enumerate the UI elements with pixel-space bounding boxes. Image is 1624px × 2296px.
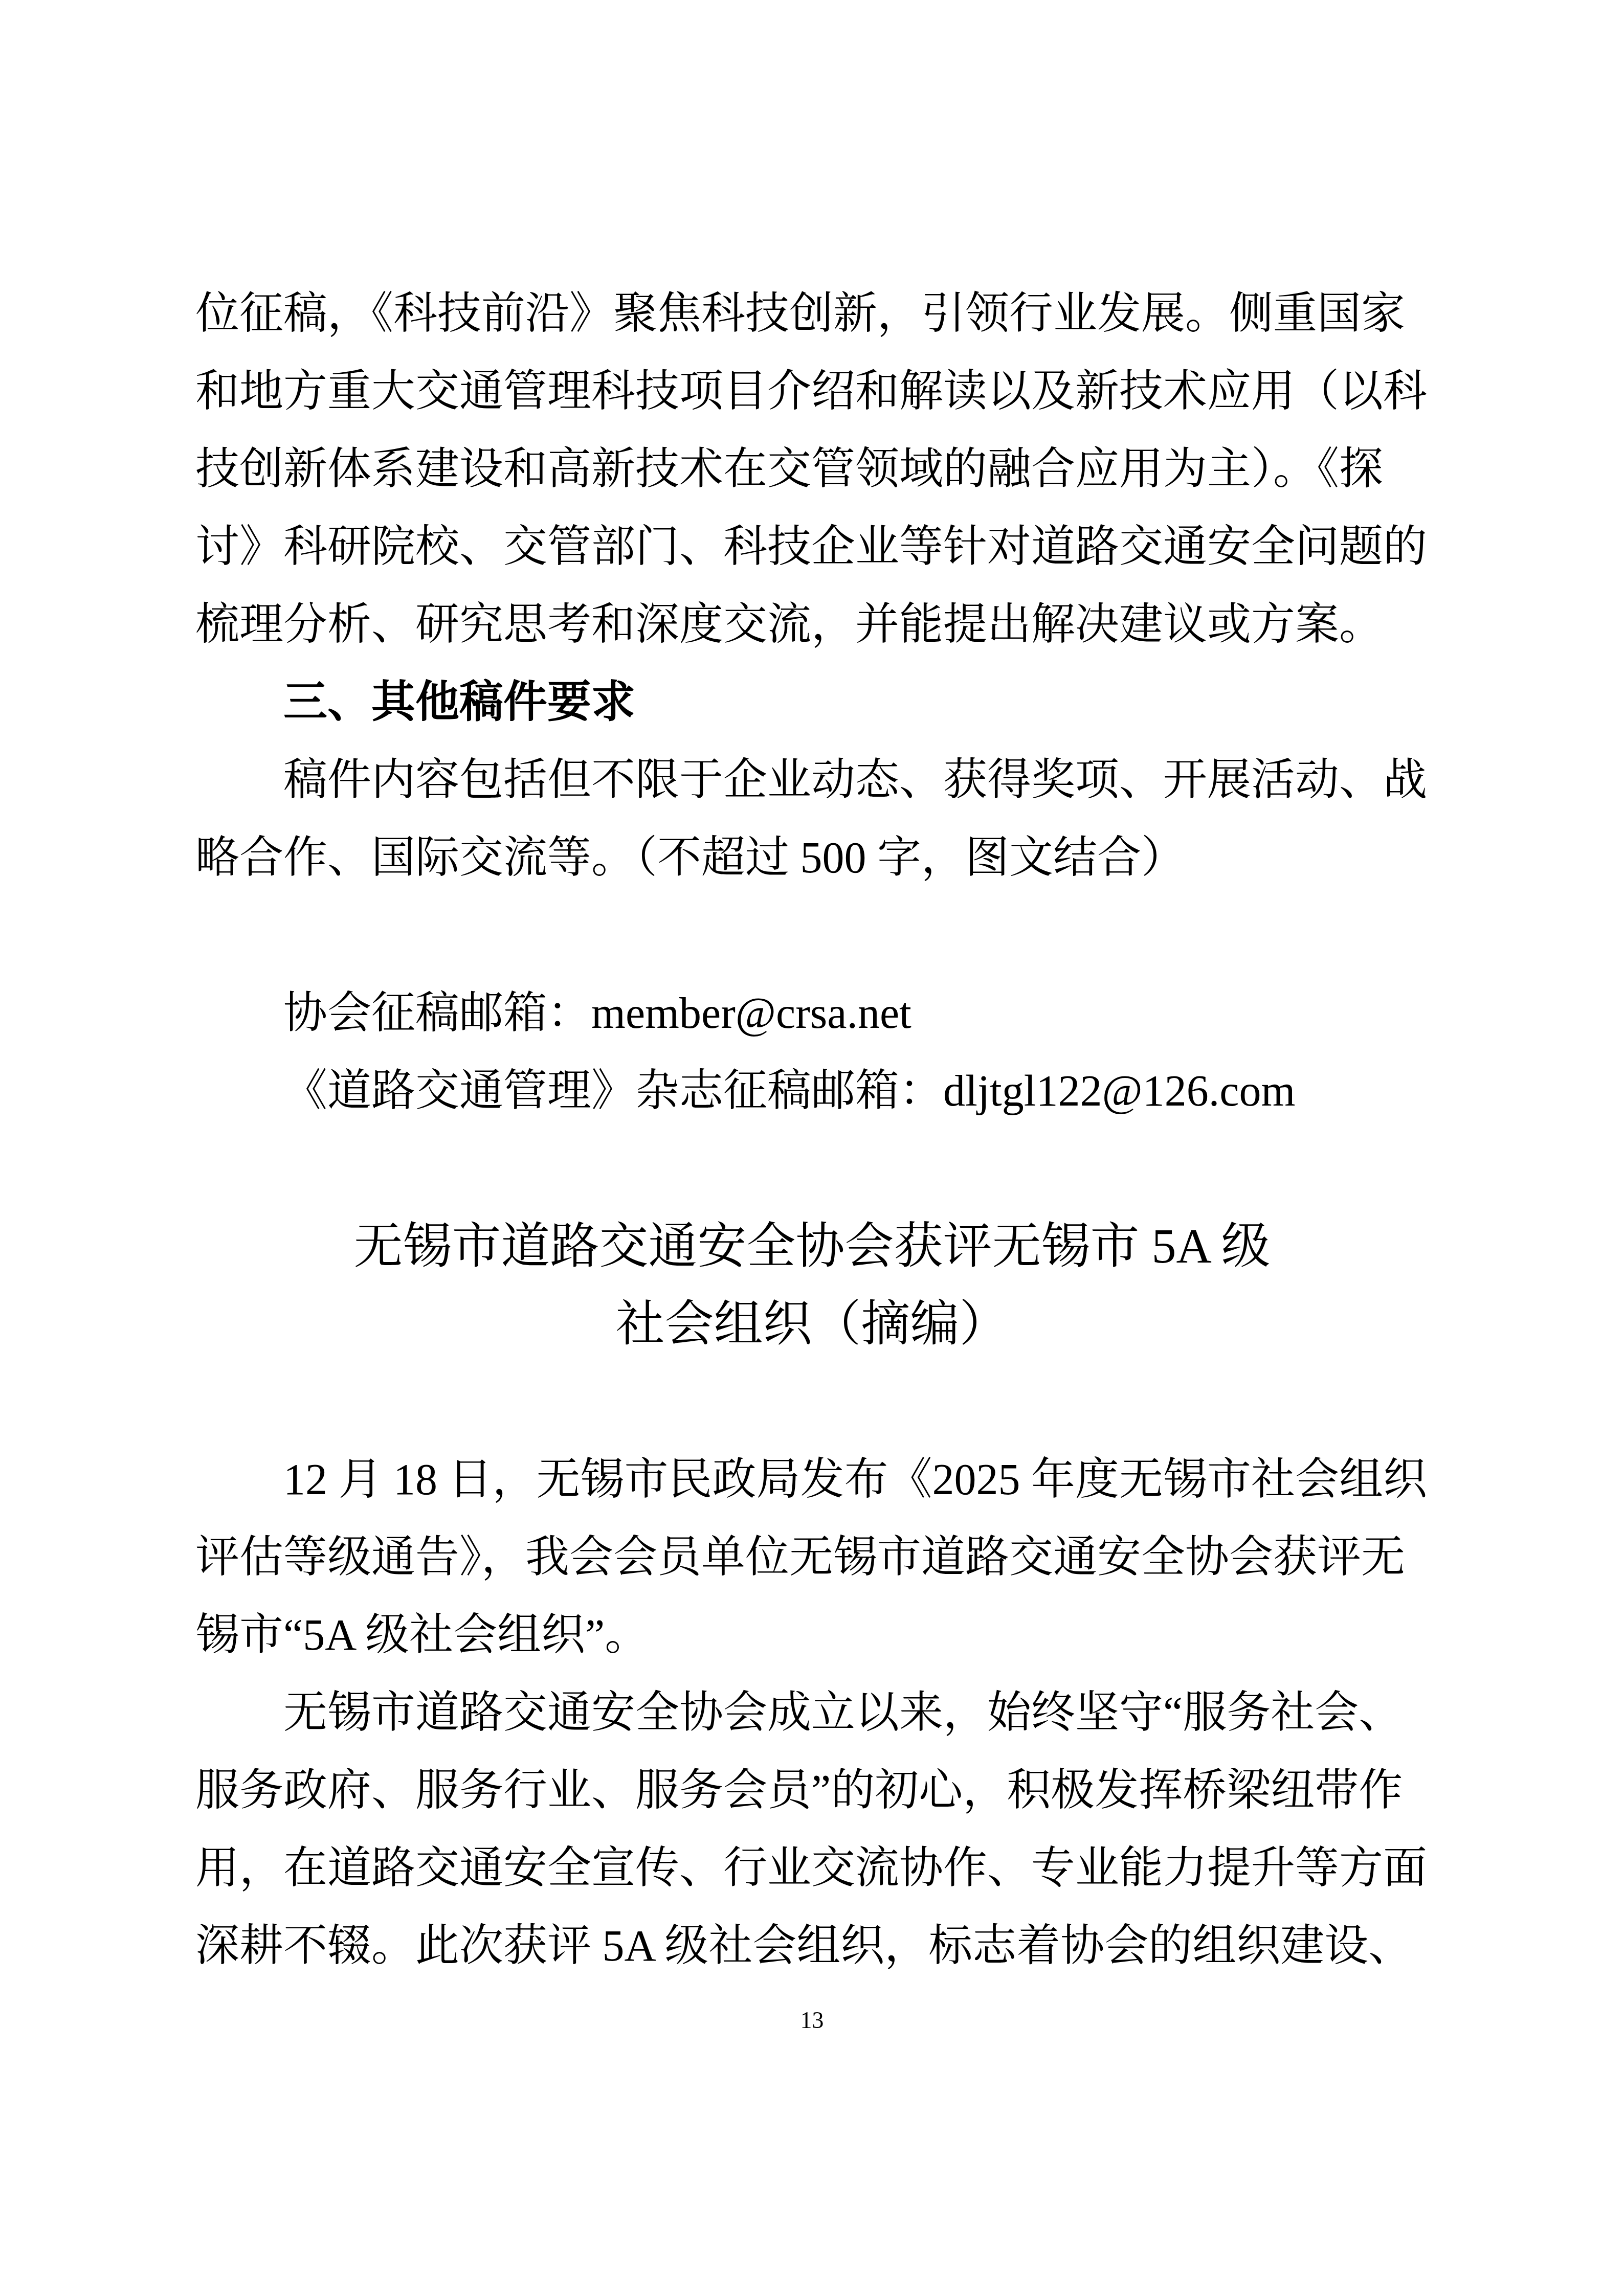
- paragraph-line: 锡市“5A 级社会组织”。: [195, 1596, 1429, 1674]
- blank-line: [195, 1363, 1429, 1440]
- email-line: 《道路交通管理》杂志征稿邮箱：dljtgl122@126.com: [195, 1052, 1429, 1130]
- blank-line: [195, 896, 1429, 974]
- paragraph-line: 评估等级通告》，我会会员单位无锡市道路交通安全协会获评无: [195, 1518, 1429, 1596]
- paragraph-line: 略合作、国际交流等。（不超过 500 字，图文结合）: [195, 819, 1429, 896]
- paragraph-line: 位征稿，《科技前沿》聚焦科技创新，引领行业发展。侧重国家: [195, 275, 1429, 352]
- paragraph-line: 12 月 18 日，无锡市民政局发布《2025 年度无锡市社会组织: [195, 1440, 1429, 1518]
- paragraph-line: 梳理分析、研究思考和深度交流，并能提出解决建议或方案。: [195, 586, 1429, 663]
- article-title-line: 无锡市道路交通安全协会获评无锡市 5A 级: [195, 1207, 1429, 1285]
- document-body: 位征稿，《科技前沿》聚焦科技创新，引领行业发展。侧重国家和地方重大交通管理科技项…: [195, 275, 1429, 1985]
- page-footer: 13: [0, 2005, 1624, 2036]
- paragraph-line: 用，在道路交通安全宣传、行业交流协作、专业能力提升等方面: [195, 1829, 1429, 1907]
- paragraph-line: 稿件内容包括但不限于企业动态、获得奖项、开展活动、战: [195, 741, 1429, 819]
- paragraph-line: 技创新体系建设和高新技术在交管领域的融合应用为主）。《探: [195, 430, 1429, 508]
- paragraph-line: 无锡市道路交通安全协会成立以来，始终坚守“服务社会、: [195, 1674, 1429, 1751]
- paragraph-line: 深耕不辍。此次获评 5A 级社会组织，标志着协会的组织建设、: [195, 1907, 1429, 1985]
- article-title-line: 社会组织（摘编）: [195, 1285, 1429, 1363]
- page-number: 13: [800, 2007, 824, 2033]
- section-heading: 三、其他稿件要求: [195, 663, 1429, 741]
- paragraph-line: 和地方重大交通管理科技项目介绍和解读以及新技术应用（以科: [195, 352, 1429, 430]
- blank-line: [195, 1130, 1429, 1207]
- document-page: 位征稿，《科技前沿》聚焦科技创新，引领行业发展。侧重国家和地方重大交通管理科技项…: [0, 0, 1624, 2296]
- email-line: 协会征稿邮箱：member@crsa.net: [195, 974, 1429, 1052]
- paragraph-line: 讨》科研院校、交管部门、科技企业等针对道路交通安全问题的: [195, 508, 1429, 586]
- paragraph-line: 服务政府、服务行业、服务会员”的初心，积极发挥桥梁纽带作: [195, 1751, 1429, 1829]
